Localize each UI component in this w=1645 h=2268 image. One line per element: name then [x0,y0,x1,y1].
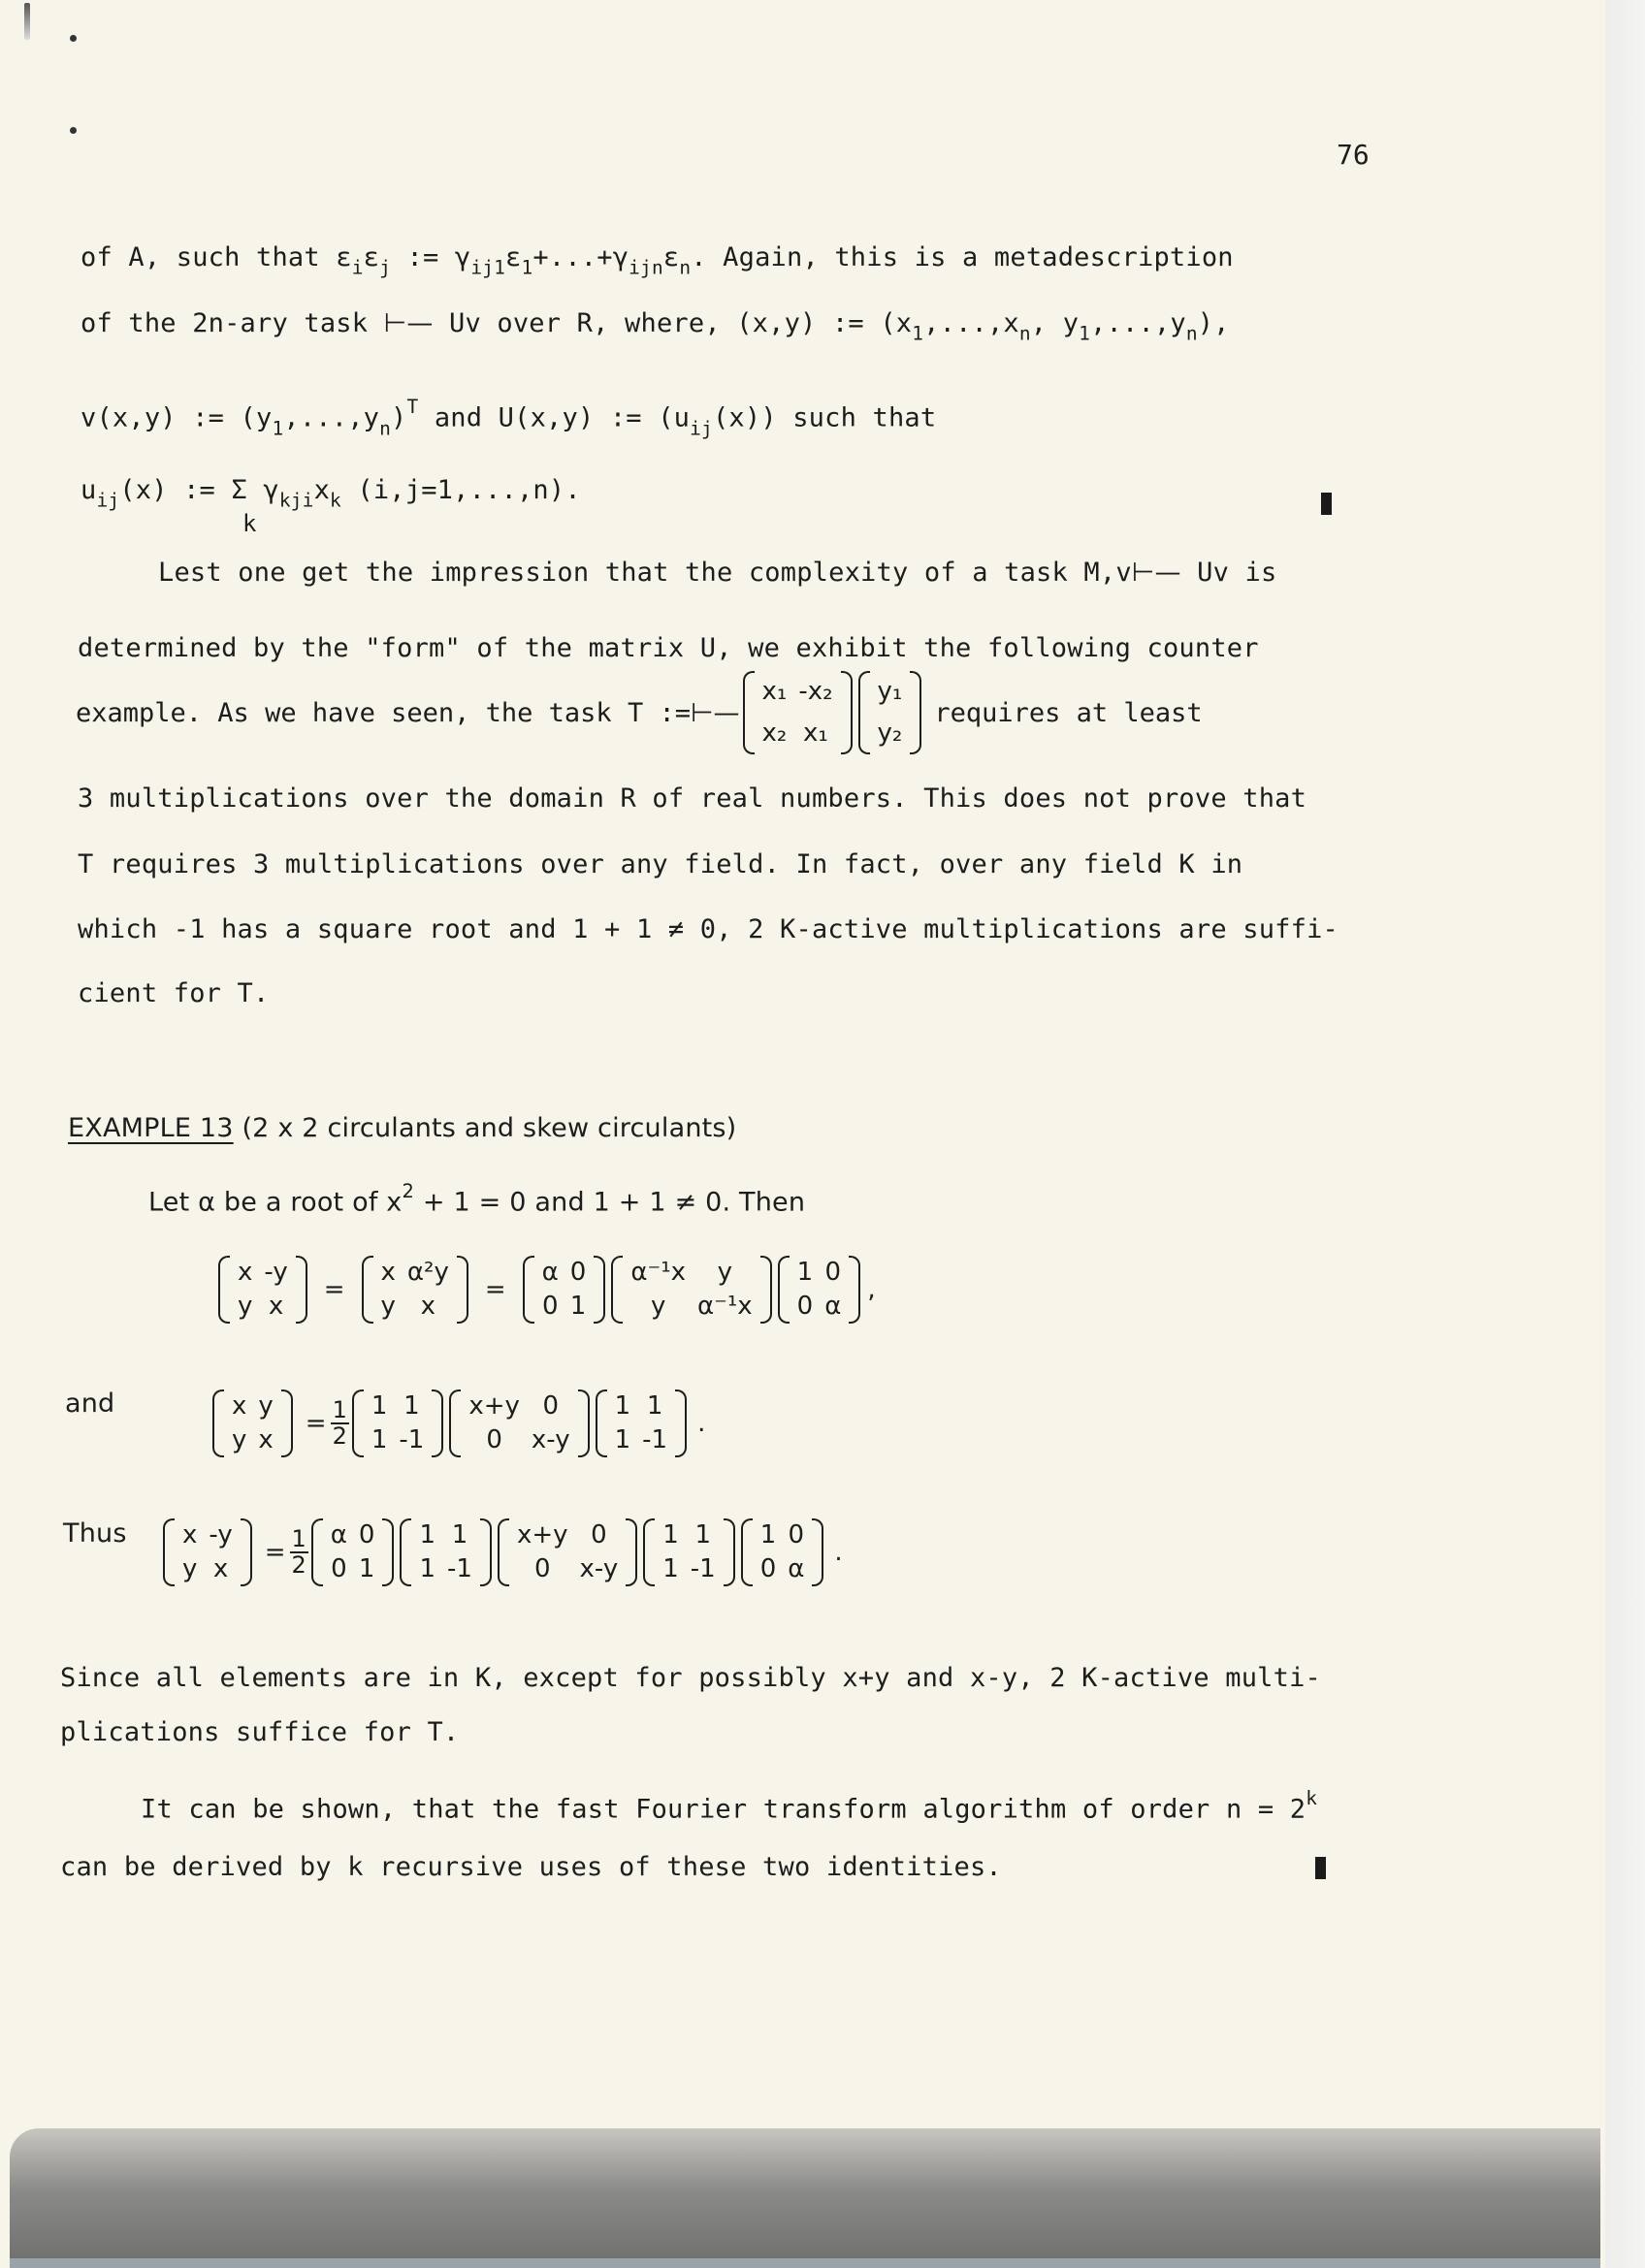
and-label: and [65,1389,114,1419]
matrix-cell: 1 [564,1290,593,1324]
matrix-cell: 0 [755,1552,783,1586]
text-line: uij(x) := Σ γkjixk (i,j=1,...,n). [81,475,581,512]
vector-y: y₁y₂ [858,671,922,754]
subscript: 1 [272,417,283,439]
left-bracket [400,1518,411,1586]
matrix-cell: x [258,1290,293,1324]
text: It can be shown, that the fast Fourier t… [141,1795,1306,1825]
page-number: 76 [1337,139,1370,171]
epsilon: ε [505,242,521,272]
matrix: xyyx [212,1390,293,1457]
matrix: x+y00x-y [498,1518,637,1586]
text-line: Lest one get the impression that the com… [158,558,1276,588]
matrix-cell: 1 [393,1390,430,1423]
right-bracket [812,1518,823,1586]
qed-mark [1321,493,1332,515]
matrix-cell: y [252,1390,278,1423]
left-bracket [449,1390,461,1457]
left-bracket [212,1390,224,1457]
matrix-cell: 0 [782,1518,810,1552]
matrix-cell: x [226,1390,252,1423]
matrix-cell: x-y [526,1423,576,1457]
text: ) [391,403,406,433]
matrix: 111-1 [352,1390,443,1457]
text: (i,j=1,...,n). [341,475,581,505]
subscript: ij [96,490,119,512]
punctuation: . [834,1538,842,1567]
matrix-cell: -y [258,1256,293,1290]
text-line: plications suffice for T. [60,1717,459,1747]
matrix-cell: 1 [755,1518,783,1552]
matrix-cell: α [819,1290,847,1324]
text: of the 2n-ary task [81,308,384,338]
text: Uv is [1181,558,1277,588]
text: Lest one get the impression that the com… [158,558,1132,588]
epsilon: ε [663,242,679,272]
text: ,...,y [1090,308,1186,338]
text: u [81,475,96,505]
superscript: k [1306,1787,1317,1809]
matrix-cell: α⁻¹x [692,1290,758,1324]
left-bracket [218,1256,230,1324]
text-line: v(x,y) := (y1,...,yn)T and U(x,y) := (ui… [81,396,936,439]
scan-mark [24,3,30,40]
text-line: can be derived by k recursive uses of th… [60,1852,1002,1882]
matrix-cell: 0 [564,1256,593,1290]
matrix-cell: x₁ [757,671,793,713]
left-bracket [743,671,755,754]
subscript: kji [279,490,314,512]
right-bracket [480,1518,492,1586]
superscript: 2 [403,1180,415,1202]
text: ), [1198,308,1230,338]
example-title: (2 x 2 circulants and skew circulants) [234,1113,737,1143]
subscript: 1 [912,323,923,345]
matrix-cell: 0 [819,1256,847,1290]
matrix-cell: 1 [657,1518,685,1552]
matrix-cell: -x₂ [792,671,838,713]
scan-speck [70,35,77,42]
page-edge-shadow [1605,0,1645,2268]
subscript: j [379,257,391,279]
right-bracket [675,1390,687,1457]
left-bracket [362,1256,373,1324]
matrix-cell: 1 [609,1390,637,1423]
matrix-cell: y [177,1552,203,1586]
right-bracket [382,1518,394,1586]
text-line: of A, such that εiεj := γij1ε1+...+γijnε… [81,242,1234,279]
matrix-cell: α [536,1256,564,1290]
epsilon: ε [364,242,379,272]
matrix-cell: 1 [685,1518,722,1552]
left-bracket [596,1390,607,1457]
text: +...+γ [532,242,629,272]
text: x [314,475,330,505]
equation-skew: xyyx = 12 111-1 x+y00x-y 111-1 . [210,1379,713,1468]
matrix-cell: α²y [402,1256,455,1290]
right-bracket [760,1256,772,1324]
matrix-cell: α [782,1552,810,1586]
text-line: It can be shown, that the fast Fourier t… [141,1787,1317,1825]
matrix-cell: x [177,1518,203,1552]
text: example. As we have seen, the task T := [76,698,691,728]
subscript: 1 [1079,323,1090,345]
right-bracket [296,1256,307,1324]
matrix-cell: x+y [511,1518,574,1552]
matrix-cell: 0 [574,1518,625,1552]
matrix-cell: 0 [325,1552,353,1586]
right-bracket [241,1518,252,1586]
numerator: 1 [331,1398,349,1424]
right-bracket [457,1256,468,1324]
text: + 1 = 0 and 1 + 1 ≠ 0. Then [414,1188,805,1218]
matrix-cell: x [203,1552,238,1586]
text: requires at least [934,698,1202,728]
left-bracket [163,1518,175,1586]
left-bracket [741,1518,753,1586]
matrix-cell: 1 [609,1423,637,1457]
matrix-cell: y [226,1423,252,1457]
superscript: T [406,396,418,418]
matrix: 100α [741,1518,824,1586]
matrix-cell: x₂ [757,713,793,754]
right-bracket [578,1390,590,1457]
matrix-cell: y [692,1256,758,1290]
matrix-cell: 1 [413,1518,441,1552]
matrix: xα²yyx [362,1256,468,1324]
matrix-cell: 0 [536,1290,564,1324]
matrix-cell: α⁻¹x [625,1256,692,1290]
maps-to-arrow: ⊢— [691,698,740,728]
right-bracket [594,1256,605,1324]
subscript: n [679,257,691,279]
equals: = [324,1275,345,1304]
matrix-T: x₁-x₂x₂x₁ [743,671,853,754]
matrix-cell: x [402,1290,455,1324]
matrix-cell: -1 [441,1552,478,1586]
punctuation: . [697,1409,705,1438]
text: and U(x,y) := (u [418,403,690,433]
fraction-half: 12 [331,1398,349,1449]
matrix-cell: 1 [791,1256,820,1290]
fraction-half: 12 [290,1527,308,1578]
matrix-cell: y₁ [872,671,909,713]
example-label: EXAMPLE 13 [68,1113,234,1143]
right-bracket [849,1256,860,1324]
qed-mark [1315,1857,1326,1879]
matrix-cell: 0 [353,1518,381,1552]
right-bracket [724,1518,735,1586]
subscript: ij1 [470,257,505,279]
left-bracket [311,1518,323,1586]
left-bracket [352,1390,364,1457]
maps-to-arrow: ⊢— [1132,558,1181,588]
right-bracket [910,671,921,754]
matrix-cell: 1 [366,1423,394,1457]
right-bracket [281,1390,293,1457]
matrix-cell: -1 [636,1423,673,1457]
subscript: n [1019,323,1031,345]
left-bracket [523,1256,534,1324]
denominator: 2 [333,1424,347,1449]
matrix-cell: x+y [463,1390,526,1423]
equals: = [485,1275,506,1304]
left-bracket [498,1518,509,1586]
text-line: Let α be a root of x2 + 1 = 0 and 1 + 1 … [148,1180,805,1218]
matrix-cell: y [625,1290,692,1324]
punctuation: , [867,1275,875,1304]
equals: = [265,1538,286,1567]
matrix: x-yyx [163,1518,252,1586]
matrix-cell: y₂ [872,713,909,754]
left-bracket [643,1518,655,1586]
thus-label: Thus [63,1518,127,1549]
text: ,...,y [283,403,379,433]
text-line: Since all elements are in K, except for … [60,1663,1321,1693]
subscript: n [1186,323,1198,345]
matrix-cell: y [232,1290,258,1324]
text-line: of the 2n-ary task ⊢— Uv over R, where, … [81,308,1230,345]
scan-bottom-shadow [10,2128,1600,2268]
text: , y [1031,308,1079,338]
matrix-cell: 1 [413,1552,441,1586]
matrix: 111-1 [400,1518,491,1586]
matrix-cell: 1 [366,1390,394,1423]
numerator: 1 [290,1527,308,1553]
subscript: ij [690,417,713,439]
maps-to-arrow: ⊢— [384,308,434,338]
subscript: i [352,257,364,279]
matrix-cell: 0 [526,1390,576,1423]
matrix-cell: 1 [441,1518,478,1552]
text: of A, such that [81,242,336,272]
text: (x) := Σ γ [119,475,279,505]
left-bracket [778,1256,790,1324]
epsilon: ε [336,242,351,272]
text: Uv over R, where, (x,y) := (x [434,308,913,338]
example-heading: EXAMPLE 13 (2 x 2 circulants and skew ci… [68,1113,736,1143]
matrix-cell: 1 [657,1552,685,1586]
denominator: 2 [292,1553,306,1578]
matrix-cell: 0 [511,1552,574,1586]
equals: = [306,1409,327,1438]
text: . Again, this is a metadescription [691,242,1233,272]
equation-circulant: x-yyx = xα²yyx = α001 α⁻¹xyyα⁻¹x 100α , [215,1243,880,1336]
matrix: 100α [778,1256,861,1324]
matrix-cell: 1 [353,1552,381,1586]
right-bracket [626,1518,637,1586]
left-bracket [858,671,870,754]
matrix-cell: -1 [685,1552,722,1586]
matrix: x-yyx [218,1256,307,1324]
text: ,...,x [923,308,1019,338]
matrix-cell: x₁ [792,713,838,754]
text: (x)) such that [713,403,936,433]
text: Let α be a root of x [148,1188,403,1218]
matrix-cell: -y [203,1518,238,1552]
text-line: T requires 3 multiplications over any fi… [78,849,1242,879]
text-line: cient for T. [78,978,269,1008]
scan-speck [70,127,77,134]
equation-product: x-yyx = 12 α001 111-1 x+y00x-y 111-1 100… [160,1508,851,1597]
matrix-cell: x [375,1256,402,1290]
right-bracket [432,1390,443,1457]
matrix: 111-1 [596,1390,687,1457]
text: v(x,y) := (y [81,403,272,433]
sum-index: k [242,510,257,537]
left-bracket [611,1256,623,1324]
matrix-cell: y [375,1290,402,1324]
matrix: x+y00x-y [449,1390,589,1457]
subscript: 1 [522,257,533,279]
text: := γ [391,242,470,272]
text-line: example. As we have seen, the task T := … [76,655,1203,771]
matrix: α001 [523,1256,606,1324]
subscript: n [379,417,391,439]
matrix-cell: 0 [791,1290,820,1324]
text-line: 3 multiplications over the domain R of r… [78,783,1306,814]
matrix-cell: 0 [463,1423,526,1457]
right-bracket [841,671,853,754]
matrix: 111-1 [643,1518,734,1586]
subscript: k [330,490,341,512]
matrix: α001 [311,1518,395,1586]
matrix-cell: -1 [393,1423,430,1457]
text-line: which -1 has a square root and 1 + 1 ≠ 0… [78,914,1339,944]
matrix-cell: α [325,1518,353,1552]
matrix-cell: x [232,1256,258,1290]
matrix-cell: x-y [574,1552,625,1586]
matrix: α⁻¹xyyα⁻¹x [611,1256,771,1324]
subscript: ijn [629,257,663,279]
matrix-cell: 1 [636,1390,673,1423]
matrix-cell: x [252,1423,278,1457]
